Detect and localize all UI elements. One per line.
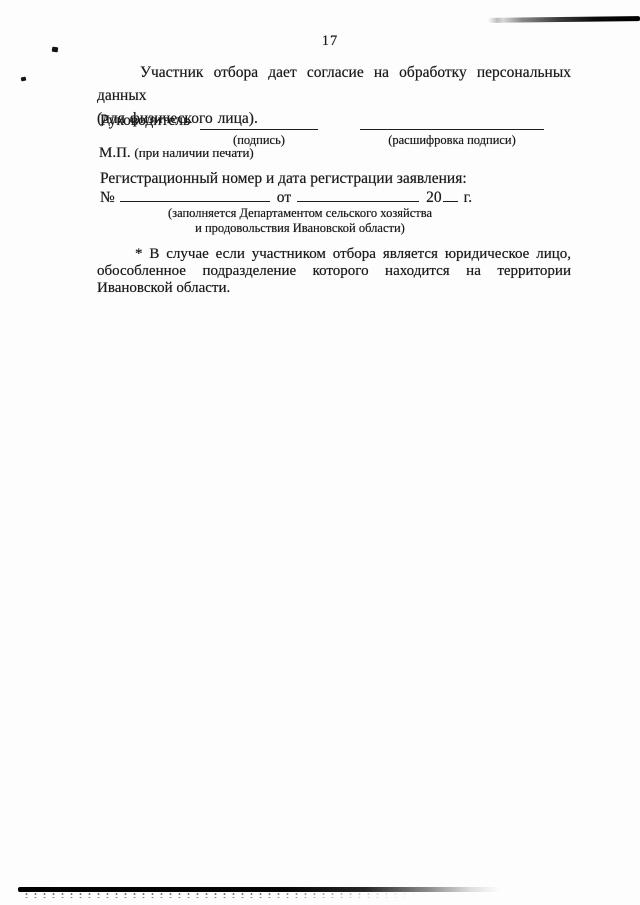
registration-date-blank-line: [297, 188, 419, 202]
stamp-abbreviation: М.П.: [99, 145, 131, 161]
registration-caption-line1: (заполняется Департаментом сельского хоз…: [100, 206, 500, 221]
footnote-paragraph: * В случае если участником отбора являет…: [97, 246, 571, 297]
stamp-note: (при наличии печати): [134, 145, 253, 160]
signature-decryption-blank-line: [360, 129, 544, 130]
ink-speck: [21, 77, 27, 82]
registration-caption-line2: и продовольствия Ивановской области): [100, 221, 500, 236]
registration-number-blank-line: [120, 188, 270, 202]
footnote-line3: Ивановской области.: [97, 280, 571, 297]
signature-role-label: Руководитель: [100, 112, 190, 130]
scan-artifact-top-right-streak: [488, 16, 640, 23]
scanned-document-page: 17 Участник отбора дает согласие на обра…: [0, 0, 640, 905]
registration-fill-in-row: №от20г.: [100, 188, 472, 207]
registration-year-suffix: г.: [464, 189, 472, 206]
footnote-line2: обособленное подразделение которого нахо…: [97, 263, 571, 280]
consent-paragraph-line1: Участник отбора дает согласие на обработ…: [97, 61, 571, 107]
scan-artifact-bottom-speckles: [22, 892, 422, 898]
page-number: 17: [0, 33, 640, 50]
footnote-line1: * В случае если участником отбора являет…: [97, 246, 571, 263]
registration-year-blank-line: [443, 188, 458, 202]
registration-label: Регистрационный номер и дата регистрации…: [100, 170, 467, 188]
registration-year-prefix: 20: [426, 189, 442, 206]
registration-from-word: от: [277, 189, 291, 206]
registration-number-sign: №: [100, 189, 115, 206]
stamp-placeholder-line: М.П. (при наличии печати): [99, 145, 254, 162]
signature-decryption-caption: (расшифровка подписи): [360, 133, 544, 148]
signature-blank-line: [200, 129, 318, 130]
